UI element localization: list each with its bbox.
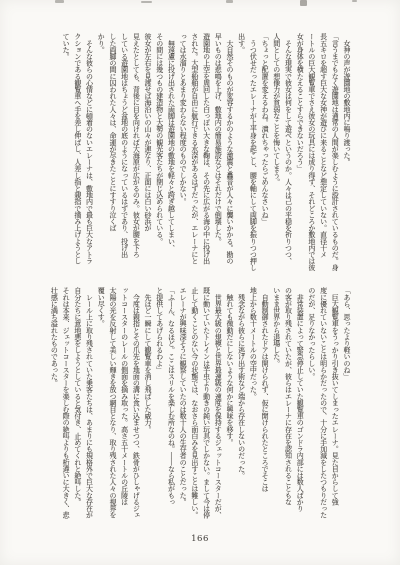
text-line: ていた。 — [59, 33, 71, 275]
book-page: 女神の声が遊園地の敷地内に鳴り渡った。「言うまでもなく遊園地は通常の人間が楽しむ… — [0, 0, 400, 565]
page-number: 166 — [0, 534, 400, 544]
text-line: そんな現実で彼女は何をして遊べというのか。人々は己の平穏を祈りつつ、 — [282, 33, 294, 275]
text-line: 遊園地の上空を周回した白っぽい大きな鞠は、その先に広がる海の中に投げ出 — [200, 33, 212, 275]
text-line: それは本来、ジェットコースターを楽しむ際の絶叫よりも桁違いに大きく、悲 — [59, 287, 71, 533]
text-line: のだが、足りなかったらしい。 — [305, 287, 317, 533]
text-line: 太陽の光を反射して美しい輝きを放つ網目となり、取り残された人々の視界を — [106, 287, 118, 533]
text-line: 止して動くことのない今の状態では、なおさら面白みを見出すことは難しい。 — [188, 287, 200, 533]
text-line: 今度は親指とその爪先を地面の溝に食い込ませつつ、鉄骨がひしゃげるジェ — [130, 287, 142, 533]
text-line: その間には幾つもの建造物と大勢の観光客たちが閉じ込められている。 — [153, 33, 165, 275]
text-line: と提供してあげられるわよ」 — [153, 287, 165, 533]
text-line: 大自然そのものが変容するかのような激震と轟音が人々に襲いかかる。勘の — [223, 33, 235, 275]
text-line: 無遠慮に投げ出された両脚は遊園地の敷地を軽々と跨ぎ越してしまい、 — [165, 33, 177, 275]
text-line: した両脚の間に囚われた人々は、命運が尽きたことにすすり泣くば — [106, 33, 118, 275]
text-line: かり。 — [95, 33, 107, 275]
text-line: エレーナが興味深そうに観察していたのは数十人の生存者のことだった。 — [176, 287, 188, 533]
text-line: 既に動いていたトレインは芋虫より動きの鈍い玩具でしかない。まして今は停 — [200, 287, 212, 533]
text-line: 出す。 — [235, 33, 247, 275]
scan-artifact — [300, 0, 307, 6]
scan-artifact — [55, 0, 64, 3]
text-line: レール上に取り残されていた乗客たちは、あまりにも規格外で巨大な存在が — [83, 287, 95, 533]
text-line: 「あら、思ったより軽いのね」 — [340, 287, 352, 533]
text-line: っては水溜りとあまり変わらない程度のものでしかない。 — [176, 33, 188, 275]
text-line: された。大型船舶が自由に航行できる水深があるはずだったが、エレーナにと — [188, 33, 200, 275]
text-line: 早いものは悲鳴を上げ、敷地内の簡易施設などはそれだけで倒壊した。 — [212, 33, 224, 275]
text-line: 「ふーん、なるほど。ここはスリルを楽しむ所なのね。――なら私がもっ — [165, 287, 177, 533]
text-line: ートルの巨大観覧車でさえ彼女の玩具には成り得ず、それどころか敷地内では彼 — [305, 33, 317, 275]
text-line: 先ほど一瞬にして観覧車を消し飛ばした威力。 — [141, 287, 153, 533]
text-line: 地上から数十メートルの空中だった。 — [247, 287, 259, 533]
text-line: 「言うまでもなく遊園地は通常の人間が楽しむように設計されているものだ。身 — [329, 33, 341, 275]
text-line: している遊園地はちょうど盆地の底のようになっているはずであり、投げ出 — [118, 33, 130, 275]
text-line: 長五キロを超す巨大な女神が遊びに来ることなど想定していない。直径十メ — [317, 33, 329, 275]
text-line: 度に優れていないことは明らかだったので、十分に手加減をしたつもりだった — [317, 287, 329, 533]
text-block-upper: 女神の声が遊園地の敷地内に鳴り渡った。「言うまでもなく遊園地は通常の人間が楽しむ… — [59, 33, 352, 275]
text-line: 「ちょっと配置を変えるわね。潰れちゃったらごめんなさいね」 — [258, 33, 270, 275]
text-line: 人間としての想像力が貧弱なことを悔いてしまう。 — [270, 33, 282, 275]
text-line: 自分たちに意地悪をしようとしていると気付き、止めてくれと絶叫した。 — [71, 287, 83, 533]
text-line: 触れても微動だにしないような何かに興味を移す。 — [223, 287, 235, 533]
text-line: 非常装置によって緊急停止していた観覧車のゴンドラ内部には数人ばかり — [293, 287, 305, 533]
text-line: そんな彼らの心情などに頓着のないエレーナは、敷地内で最も巨大なアトラ — [83, 33, 95, 275]
text-line: 覆い尽くす。 — [95, 287, 107, 533]
text-line: 自動制御されたドアは開けられず、仮に開けられたところでそこは — [258, 287, 270, 533]
text-line: 女が身体を横たえることすらできないだろう」 — [293, 33, 305, 275]
text-line: 巨大観覧車をうっかり引き抜いてしまったエレーナ。見た目からして強 — [329, 287, 341, 533]
text-line: の客が取り残されていたが、彼らはエレーナに存在を認知されることもな — [282, 287, 294, 533]
text-line: うつ伏せだったエレーナが上半身を起こし、腰を軸にして両脚を振りつつ押し — [247, 33, 259, 275]
text-block-lower: 「あら、思ったより軽いのね」 巨大観覧車をうっかり引き抜いてしまったエレーナ。見… — [48, 287, 352, 533]
text-line: いまま世界から退場した。 — [270, 287, 282, 533]
text-line: 世界最大級の規模と世界最速級の速度を保持するジェットコースターだが、 — [212, 287, 224, 533]
scan-artifact — [141, 1, 152, 3]
text-line: ットコースターのレールの側面を摘み取った。高さ五十メートルの丘陵は — [118, 287, 130, 533]
scan-artifact — [226, 0, 233, 3]
text-line: 女神の声が遊園地の敷地内に鳴り渡った。 — [340, 33, 352, 275]
text-line: クションである観覧車へ手を差し伸ばし、人差し指と親指で摘み上げようとし — [71, 33, 83, 275]
text-line: 残念ながら彼らに逃げ出す術など端から存在しないのだった。 — [235, 287, 247, 533]
scan-artifact — [352, 0, 357, 2]
text-line: 彼女が左右を見渡せば海沿いの山々が連なり、正面には白い砂浜が — [141, 33, 153, 275]
text-line: 壮感に満ち溢れたものであった。 — [48, 287, 60, 533]
text-line: 見えたとしても、背後に目を向ければ大海原が広がるのみ。彼女が腰を下ろ — [130, 33, 142, 275]
